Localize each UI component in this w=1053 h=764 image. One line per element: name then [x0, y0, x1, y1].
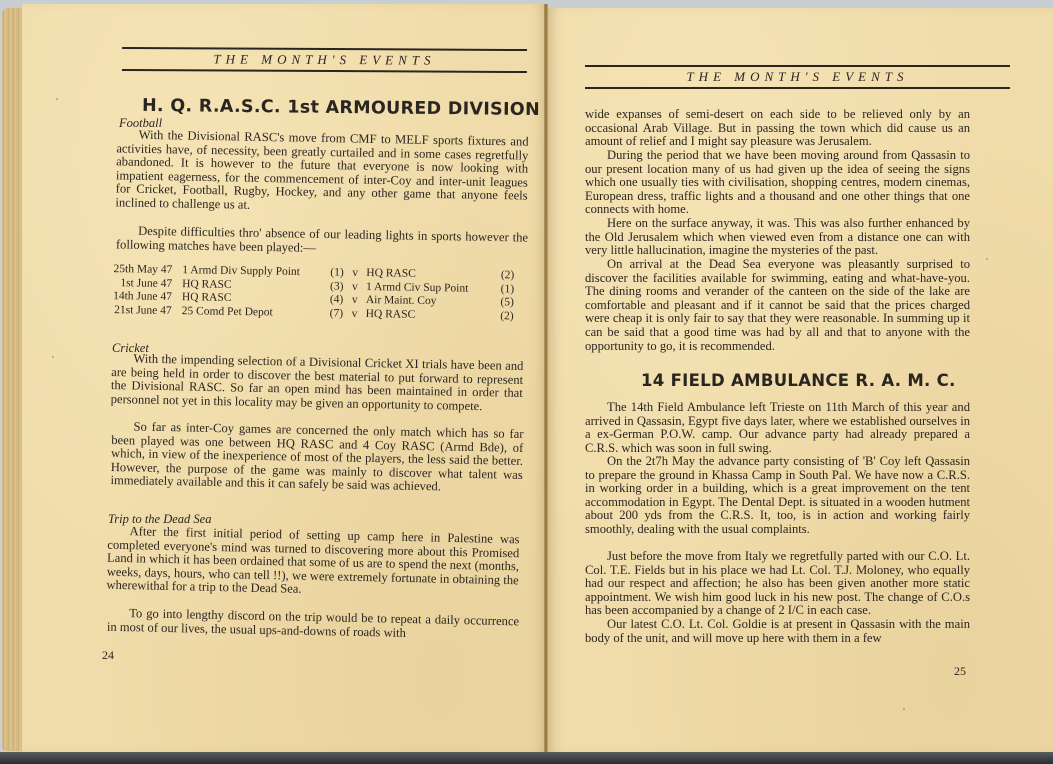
continued-paragraph-1: wide expanses of semi-desert on each sid…: [585, 108, 970, 149]
match-home-team: 25 Comd Pet Depot: [182, 305, 330, 321]
cricket-paragraph-2: So far as inter-Coy games are concerned …: [110, 420, 523, 496]
paper-speck: [986, 258, 988, 260]
book-bottom-shadow: [0, 752, 1053, 764]
page-number-right: 25: [954, 664, 966, 679]
cricket-paragraph-1: With the impending selection of a Divisi…: [111, 352, 524, 414]
match-home-score: (7): [330, 307, 352, 321]
paper-speck: [903, 708, 905, 710]
match-home-score: (3): [330, 280, 352, 294]
continued-paragraph-4: On arrival at the Dead Sea everyone was …: [585, 258, 970, 353]
match-vs: v: [352, 280, 366, 294]
dead-sea-paragraph-1: After the first initial period of settin…: [106, 525, 519, 602]
page-number-left: 24: [102, 648, 114, 663]
right-page: THE MONTH'S EVENTS wide expanses of semi…: [548, 8, 1053, 752]
match-date: 21st June 47: [86, 303, 182, 318]
match-vs: v: [352, 294, 366, 308]
match-home-score: (4): [330, 293, 352, 307]
match-away-score: (2): [494, 269, 514, 283]
ambulance-paragraph-4: Our latest C.O. Lt. Col. Goldie is at pr…: [585, 618, 970, 645]
dead-sea-paragraph-2: To go into lengthy discord on the trip w…: [107, 607, 519, 643]
match-vs: v: [352, 267, 366, 281]
football-paragraph-1: With the Divisional RASC's move from CMF…: [115, 128, 528, 217]
section-title-hq-rasc: H. Q. R.A.S.C. 1st ARMOURED DIVISION: [142, 96, 540, 120]
section-title-field-ambulance: 14 FIELD AMBULANCE R. A. M. C.: [641, 371, 956, 390]
football-paragraph-2: Despite difficulties thro' absence of ou…: [116, 224, 528, 258]
running-header: THE MONTH'S EVENTS: [122, 47, 527, 73]
match-away-team: HQ RASC: [366, 308, 494, 324]
running-header: THE MONTH'S EVENTS: [585, 65, 1010, 89]
paper-speck: [56, 98, 58, 100]
paper-speck: [52, 356, 54, 358]
left-page: THE MONTH'S EVENTS H. Q. R.A.S.C. 1st AR…: [22, 4, 546, 752]
match-home-score: (1): [330, 266, 352, 280]
match-results-table: 25th May 47 1 Armd Div Supply Point (1) …: [86, 263, 515, 324]
ambulance-paragraph-2: On the 2t7h May the advance party consis…: [585, 455, 970, 537]
running-header-title: THE MONTH'S EVENTS: [585, 67, 1010, 87]
match-away-score: (2): [494, 310, 514, 324]
match-away-score: (5): [494, 296, 514, 310]
continued-paragraph-2: During the period that we have been movi…: [585, 149, 970, 217]
ambulance-paragraph-1: The 14th Field Ambulance left Trieste on…: [585, 401, 970, 455]
match-vs: v: [352, 307, 366, 321]
header-rule-bottom: [585, 87, 1010, 89]
continued-paragraph-3: Here on the surface anyway, it was. This…: [585, 217, 970, 258]
running-header-title: THE MONTH'S EVENTS: [122, 49, 527, 71]
match-away-score: (1): [494, 283, 514, 297]
ambulance-paragraph-3: Just before the move from Italy we regre…: [585, 550, 970, 618]
